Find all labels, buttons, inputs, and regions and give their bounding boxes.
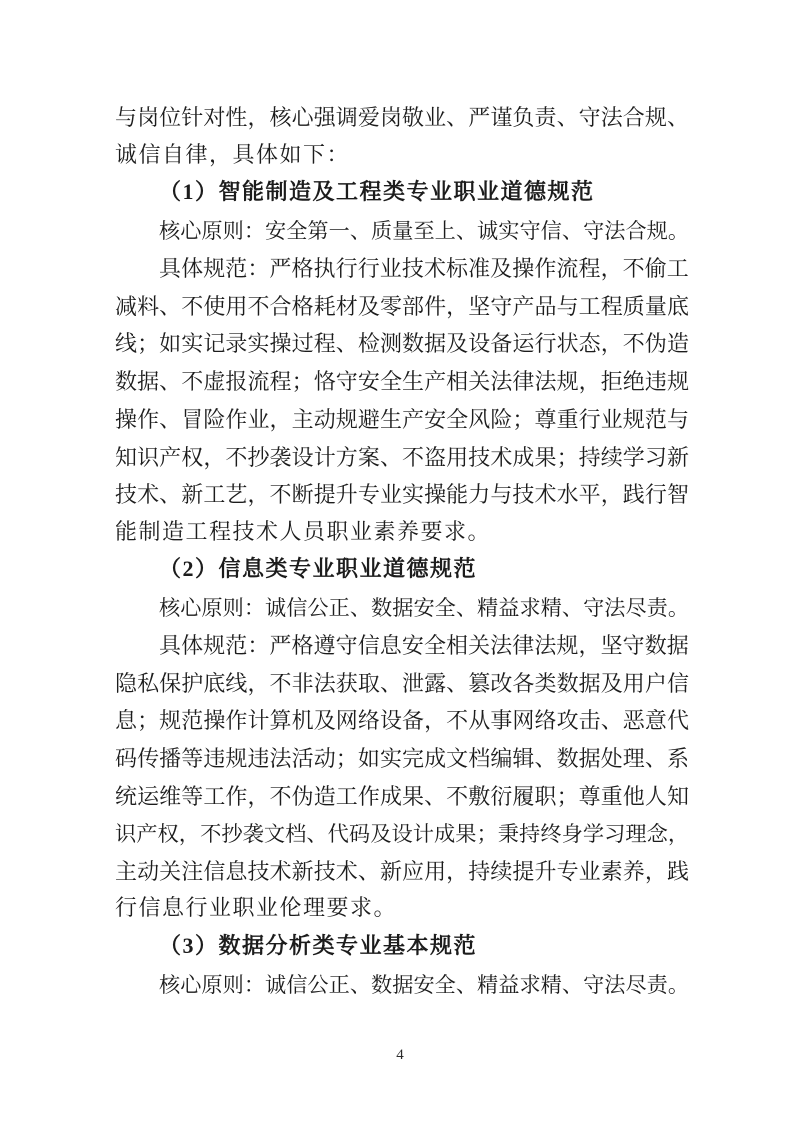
text-line: 技术、新工艺，不断提升专业实操能力与技术水平，践行智 bbox=[115, 475, 689, 513]
text-line: 核心原则：诚信公正、数据安全、精益求精、守法尽责。 bbox=[115, 588, 689, 626]
text-line: 核心原则：安全第一、质量至上、诚实守信、守法合规。 bbox=[115, 211, 689, 249]
text-line: 核心原则：诚信公正、数据安全、精益求精、守法尽责。 bbox=[115, 965, 689, 1003]
text-line: 与岗位针对性，核心强调爱岗敬业、严谨负责、守法合规、 bbox=[115, 98, 689, 136]
text-line: 识产权，不抄袭文档、代码及设计成果；秉持终身学习理念， bbox=[115, 814, 689, 852]
text-line: 能制造工程技术人员职业素养要求。 bbox=[115, 513, 689, 551]
text-line: 操作、冒险作业，主动规避生产安全风险；尊重行业规范与 bbox=[115, 400, 689, 438]
text-line: 行信息行业职业伦理要求。 bbox=[115, 889, 689, 927]
document-page: 与岗位针对性，核心强调爱岗敬业、严谨负责、守法合规、诚信自律，具体如下：（1）智… bbox=[0, 0, 800, 1131]
document-body: 与岗位针对性，核心强调爱岗敬业、严谨负责、守法合规、诚信自律，具体如下：（1）智… bbox=[115, 98, 689, 1003]
text-line: 知识产权，不抄袭设计方案、不盗用技术成果；持续学习新 bbox=[115, 437, 689, 475]
section-heading: （2）信息类专业职业道德规范 bbox=[115, 550, 689, 588]
text-line: 隐私保护底线，不非法获取、泄露、篡改各类数据及用户信 bbox=[115, 663, 689, 701]
text-line: 线；如实记录实操过程、检测数据及设备运行状态，不伪造 bbox=[115, 324, 689, 362]
text-line: 减料、不使用不合格耗材及零部件，坚守产品与工程质量底 bbox=[115, 286, 689, 324]
text-line: 主动关注信息技术新技术、新应用，持续提升专业素养，践 bbox=[115, 852, 689, 890]
text-line: 诚信自律，具体如下： bbox=[115, 136, 689, 174]
text-line: 码传播等违规违法活动；如实完成文档编辑、数据处理、系 bbox=[115, 739, 689, 777]
text-line: 具体规范：严格遵守信息安全相关法律法规，坚守数据 bbox=[115, 626, 689, 664]
text-line: 数据、不虚报流程；恪守安全生产相关法律法规，拒绝违规 bbox=[115, 362, 689, 400]
text-line: 统运维等工作，不伪造工作成果、不敷衍履职；尊重他人知 bbox=[115, 776, 689, 814]
page-number: 4 bbox=[0, 1045, 800, 1065]
section-heading: （1）智能制造及工程类专业职业道德规范 bbox=[115, 173, 689, 211]
section-heading: （3）数据分析类专业基本规范 bbox=[115, 927, 689, 965]
text-line: 具体规范：严格执行行业技术标准及操作流程，不偷工 bbox=[115, 249, 689, 287]
text-line: 息；规范操作计算机及网络设备，不从事网络攻击、恶意代 bbox=[115, 701, 689, 739]
